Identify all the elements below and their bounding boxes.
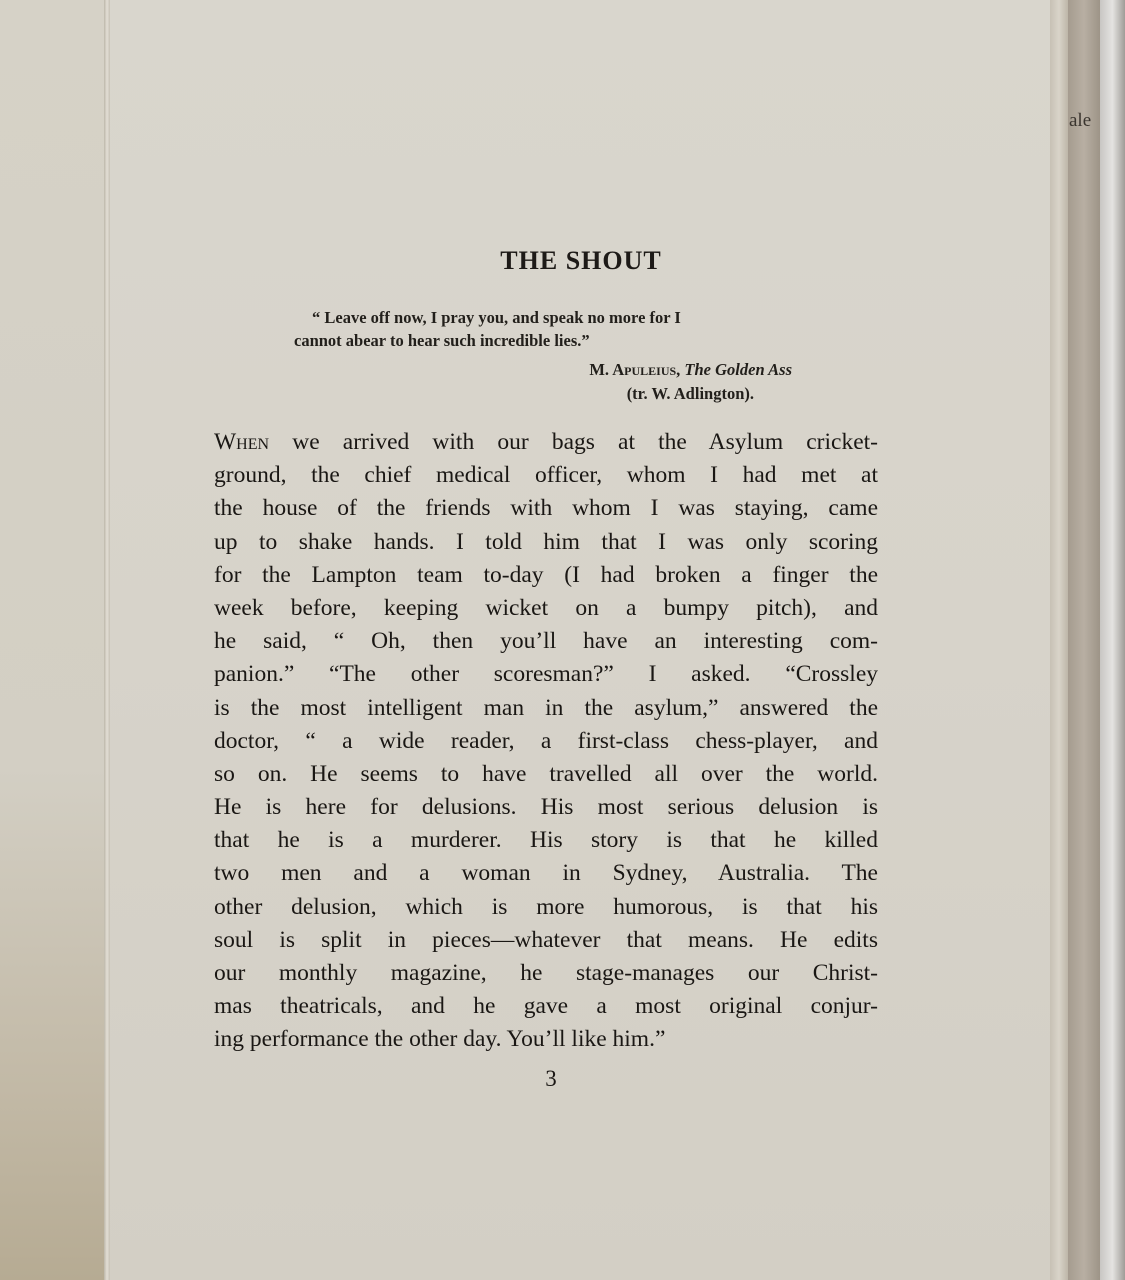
- body-line: mas theatricals, and he gave a most orig…: [214, 990, 878, 1023]
- epigraph-quote: “ Leave off now, I pray you, and speak n…: [294, 306, 804, 352]
- body-line: up to shake hands. I told him that I was…: [214, 526, 878, 559]
- drop-word: When: [214, 429, 269, 455]
- body-line: our monthly magazine, he stage-manages o…: [214, 957, 878, 990]
- body-line: doctor, “ a wide reader, a first-class c…: [214, 725, 878, 758]
- attribution-line: M. Apuleius, The Golden Ass: [589, 360, 792, 379]
- body-line: When we arrived with our bags at the Asy…: [214, 426, 878, 459]
- body-line: for the Lampton team to-day (I had broke…: [214, 559, 878, 592]
- body-line: that he is a murderer. His story is that…: [214, 824, 878, 857]
- body-line: soul is split in pieces—whatever that me…: [214, 924, 878, 957]
- adjacent-book-spine: [1068, 0, 1100, 1280]
- page-edges: [1050, 0, 1068, 1280]
- epigraph-work: The Golden Ass: [684, 360, 792, 379]
- body-line: week before, keeping wicket on a bumpy p…: [214, 592, 878, 625]
- body-line: panion.” “The other scoresman?” I asked.…: [214, 658, 878, 691]
- body-line-text: we arrived with our bags at the Asylum c…: [269, 429, 878, 455]
- epigraph-translator: (tr. W. Adlington).: [294, 382, 792, 406]
- body-line: he said, “ Oh, then you’ll have an inter…: [214, 625, 878, 658]
- body-line: the house of the friends with whom I was…: [214, 492, 878, 525]
- background-surface: [1100, 0, 1125, 1280]
- body-paragraph: When we arrived with our bags at the Asy…: [214, 426, 878, 1057]
- facing-page: [0, 0, 106, 1280]
- spine-text-fragment: ale: [1069, 110, 1091, 132]
- epigraph-author: M. Apuleius,: [589, 360, 680, 379]
- body-line: He is here for delusions. His most serio…: [214, 791, 878, 824]
- epigraph-attribution: M. Apuleius, The Golden Ass (tr. W. Adli…: [294, 358, 792, 406]
- body-line: two men and a woman in Sydney, Australia…: [214, 857, 878, 890]
- epigraph-line: cannot abear to hear such incredible lie…: [294, 329, 804, 352]
- page-number: 3: [110, 1066, 992, 1092]
- body-line: is the most intelligent man in the asylu…: [214, 692, 878, 725]
- body-line: ground, the chief medical officer, whom …: [214, 459, 878, 492]
- body-line: ing performance the other day. You’ll li…: [214, 1023, 878, 1056]
- chapter-title: THE SHOUT: [110, 246, 1052, 276]
- epigraph-line: “ Leave off now, I pray you, and speak n…: [294, 306, 804, 329]
- body-line: other delusion, which is more humorous, …: [214, 891, 878, 924]
- body-line: so on. He seems to have travelled all ov…: [214, 758, 878, 791]
